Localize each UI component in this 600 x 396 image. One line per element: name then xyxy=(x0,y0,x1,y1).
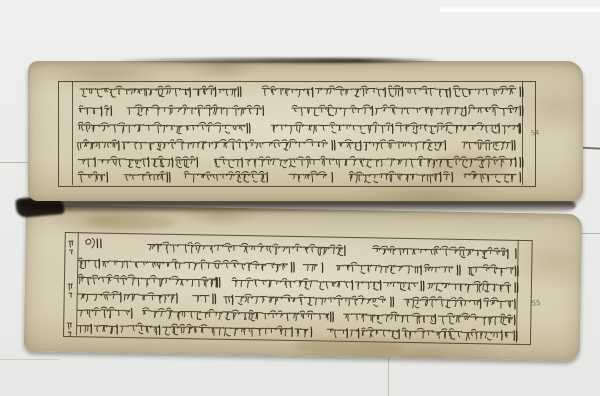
upper-folio: 54 xyxy=(28,61,583,201)
stain xyxy=(428,153,508,179)
backdrop-seam-bottom-left xyxy=(0,359,60,360)
lower-folio: 55 xyxy=(24,204,582,361)
manuscript-photo: 54 55 xyxy=(0,0,600,396)
upper-frame-right-rule xyxy=(522,81,523,185)
lower-folio-number: 55 xyxy=(531,299,541,308)
lower-folio-frame xyxy=(63,232,533,345)
backdrop-seam-top xyxy=(440,7,600,12)
stain xyxy=(86,213,176,231)
upper-folio-number: 54 xyxy=(531,129,540,138)
backdrop-seam-bottom xyxy=(388,356,389,396)
upper-frame-left-rule xyxy=(72,81,73,185)
upper-folio-edge-shadow xyxy=(118,58,438,63)
